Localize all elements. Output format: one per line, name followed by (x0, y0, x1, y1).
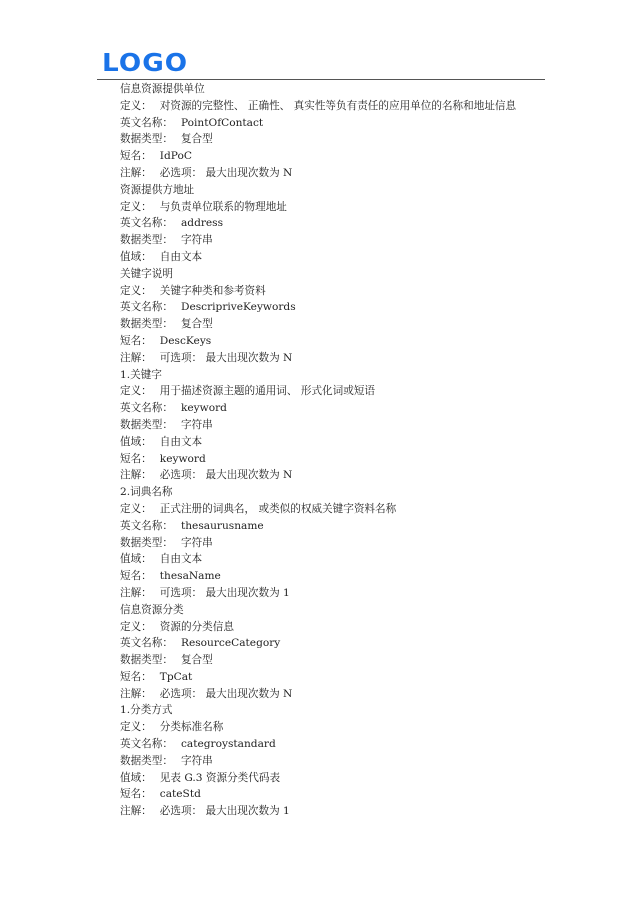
field-value: 自由文本 (160, 436, 202, 448)
section-heading: 1.关键字 (120, 367, 550, 384)
field-label: 短名： (120, 453, 152, 465)
field-value: keyword (160, 453, 206, 465)
field-value: ResourceCategory (181, 637, 280, 649)
field-label: 值域： (120, 772, 152, 784)
field-label: 数据类型： (120, 234, 173, 246)
field-label: 英文名称： (120, 301, 173, 313)
field-value: 字符串 (181, 755, 213, 767)
field-label: 定义： (120, 385, 152, 397)
field-label: 注解： (120, 688, 152, 700)
field-value: TpCat (160, 671, 193, 683)
field-label: 数据类型： (120, 419, 173, 431)
field-label: 值域： (120, 436, 152, 448)
section-heading: 信息资源提供单位 (120, 81, 550, 98)
field-line: 短名：IdPoC (120, 148, 550, 165)
field-line: 英文名称：categroystandard (120, 736, 550, 753)
field-value: 与负责单位联系的物理地址 (160, 201, 287, 213)
field-value: address (181, 217, 223, 229)
field-line: 短名：TpCat (120, 669, 550, 686)
field-value: 分类标准名称 (160, 721, 224, 733)
field-line: 短名：keyword (120, 451, 550, 468)
field-label: 英文名称： (120, 520, 173, 532)
field-label: 定义： (120, 721, 152, 733)
field-value: 见表 G.3 资源分类代码表 (160, 772, 280, 784)
field-label: 注解： (120, 352, 152, 364)
field-line: 定义：分类标准名称 (120, 719, 550, 736)
field-value: 必选项： 最大出现次数为 N (160, 688, 293, 700)
field-label: 值域： (120, 553, 152, 565)
section-heading: 信息资源分类 (120, 602, 550, 619)
field-label: 定义： (120, 503, 152, 515)
field-line: 数据类型：字符串 (120, 417, 550, 434)
field-label: 定义： (120, 285, 152, 297)
field-label: 值域： (120, 251, 152, 263)
field-value: 必选项： 最大出现次数为 N (160, 469, 293, 481)
field-label: 短名： (120, 570, 152, 582)
field-line: 数据类型：复合型 (120, 316, 550, 333)
field-label: 定义： (120, 100, 152, 112)
field-line: 数据类型：字符串 (120, 753, 550, 770)
field-label: 短名： (120, 788, 152, 800)
field-line: 英文名称：thesaurusname (120, 518, 550, 535)
field-label: 英文名称： (120, 637, 173, 649)
field-line: 英文名称：ResourceCategory (120, 635, 550, 652)
field-label: 数据类型： (120, 755, 173, 767)
field-value: 自由文本 (160, 553, 202, 565)
field-value: 必选项： 最大出现次数为 N (160, 167, 293, 179)
field-value: 字符串 (181, 419, 213, 431)
field-line: 英文名称：PointOfContact (120, 115, 550, 132)
field-label: 英文名称： (120, 738, 173, 750)
field-line: 注解：必选项： 最大出现次数为 N (120, 467, 550, 484)
field-value: 字符串 (181, 234, 213, 246)
field-line: 定义：关键字种类和参考资料 (120, 283, 550, 300)
field-line: 注解：可选项： 最大出现次数为 1 (120, 585, 550, 602)
page-header: LOGO (97, 48, 545, 82)
field-line: 定义：对资源的完整性、 正确性、 真实性等负有责任的应用单位的名称和地址信息 (120, 98, 550, 115)
field-line: 值域：自由文本 (120, 249, 550, 266)
field-label: 英文名称： (120, 117, 173, 129)
field-value: 复合型 (181, 318, 213, 330)
field-label: 注解： (120, 805, 152, 817)
field-line: 注解：必选项： 最大出现次数为 N (120, 686, 550, 703)
logo: LOGO (102, 50, 188, 76)
section-title: 1.分类方式 (120, 704, 172, 716)
section-title: 关键字说明 (120, 268, 173, 280)
section-title: 资源提供方地址 (120, 184, 194, 196)
field-label: 数据类型： (120, 537, 173, 549)
document-body: 信息资源提供单位定义：对资源的完整性、 正确性、 真实性等负有责任的应用单位的名… (120, 81, 550, 820)
field-line: 值域：见表 G.3 资源分类代码表 (120, 770, 550, 787)
field-label: 英文名称： (120, 217, 173, 229)
section-heading: 资源提供方地址 (120, 182, 550, 199)
field-value: 复合型 (181, 133, 213, 145)
field-line: 注解：必选项： 最大出现次数为 N (120, 165, 550, 182)
section-title: 信息资源提供单位 (120, 83, 205, 95)
section-heading: 2.词典名称 (120, 484, 550, 501)
field-value: PointOfContact (181, 117, 263, 129)
field-label: 定义： (120, 621, 152, 633)
field-line: 定义：资源的分类信息 (120, 619, 550, 636)
field-label: 数据类型： (120, 654, 173, 666)
section-heading: 关键字说明 (120, 266, 550, 283)
field-value: DescripriveKeywords (181, 301, 296, 313)
field-line: 短名：cateStd (120, 786, 550, 803)
field-label: 英文名称： (120, 402, 173, 414)
field-value: 字符串 (181, 537, 213, 549)
field-line: 短名：DescKeys (120, 333, 550, 350)
field-label: 短名： (120, 150, 152, 162)
field-line: 定义：用于描述资源主题的通用词、 形式化词或短语 (120, 383, 550, 400)
field-line: 注解：可选项： 最大出现次数为 N (120, 350, 550, 367)
section-title: 2.词典名称 (120, 486, 172, 498)
field-value: thesaName (160, 570, 221, 582)
field-line: 数据类型：字符串 (120, 232, 550, 249)
field-line: 数据类型：复合型 (120, 131, 550, 148)
field-line: 数据类型：字符串 (120, 535, 550, 552)
field-line: 英文名称：address (120, 215, 550, 232)
field-value: 对资源的完整性、 正确性、 真实性等负有责任的应用单位的名称和地址信息 (160, 100, 516, 112)
field-value: thesaurusname (181, 520, 264, 532)
field-line: 短名：thesaName (120, 568, 550, 585)
field-value: IdPoC (160, 150, 192, 162)
field-value: 复合型 (181, 654, 213, 666)
field-label: 短名： (120, 335, 152, 347)
field-value: 资源的分类信息 (160, 621, 234, 633)
header-divider (97, 79, 545, 80)
section-title: 1.关键字 (120, 369, 162, 381)
field-line: 值域：自由文本 (120, 434, 550, 451)
field-label: 注解： (120, 587, 152, 599)
field-label: 注解： (120, 167, 152, 179)
field-label: 数据类型： (120, 133, 173, 145)
field-label: 短名： (120, 671, 152, 683)
field-label: 定义： (120, 201, 152, 213)
field-value: 用于描述资源主题的通用词、 形式化词或短语 (160, 385, 375, 397)
section-title: 信息资源分类 (120, 604, 184, 616)
field-line: 值域：自由文本 (120, 551, 550, 568)
field-line: 定义：正式注册的词典名， 或类似的权威关键字资料名称 (120, 501, 550, 518)
field-value: 必选项： 最大出现次数为 1 (160, 805, 290, 817)
field-value: cateStd (160, 788, 201, 800)
field-value: categroystandard (181, 738, 276, 750)
field-line: 英文名称：keyword (120, 400, 550, 417)
field-line: 定义：与负责单位联系的物理地址 (120, 199, 550, 216)
field-label: 数据类型： (120, 318, 173, 330)
field-value: DescKeys (160, 335, 211, 347)
field-line: 注解：必选项： 最大出现次数为 1 (120, 803, 550, 820)
field-line: 数据类型：复合型 (120, 652, 550, 669)
field-value: 正式注册的词典名， 或类似的权威关键字资料名称 (160, 503, 396, 515)
field-value: 可选项： 最大出现次数为 1 (160, 587, 290, 599)
field-value: keyword (181, 402, 227, 414)
section-heading: 1.分类方式 (120, 702, 550, 719)
field-value: 自由文本 (160, 251, 202, 263)
field-line: 英文名称：DescripriveKeywords (120, 299, 550, 316)
field-value: 关键字种类和参考资料 (160, 285, 266, 297)
field-value: 可选项： 最大出现次数为 N (160, 352, 293, 364)
field-label: 注解： (120, 469, 152, 481)
